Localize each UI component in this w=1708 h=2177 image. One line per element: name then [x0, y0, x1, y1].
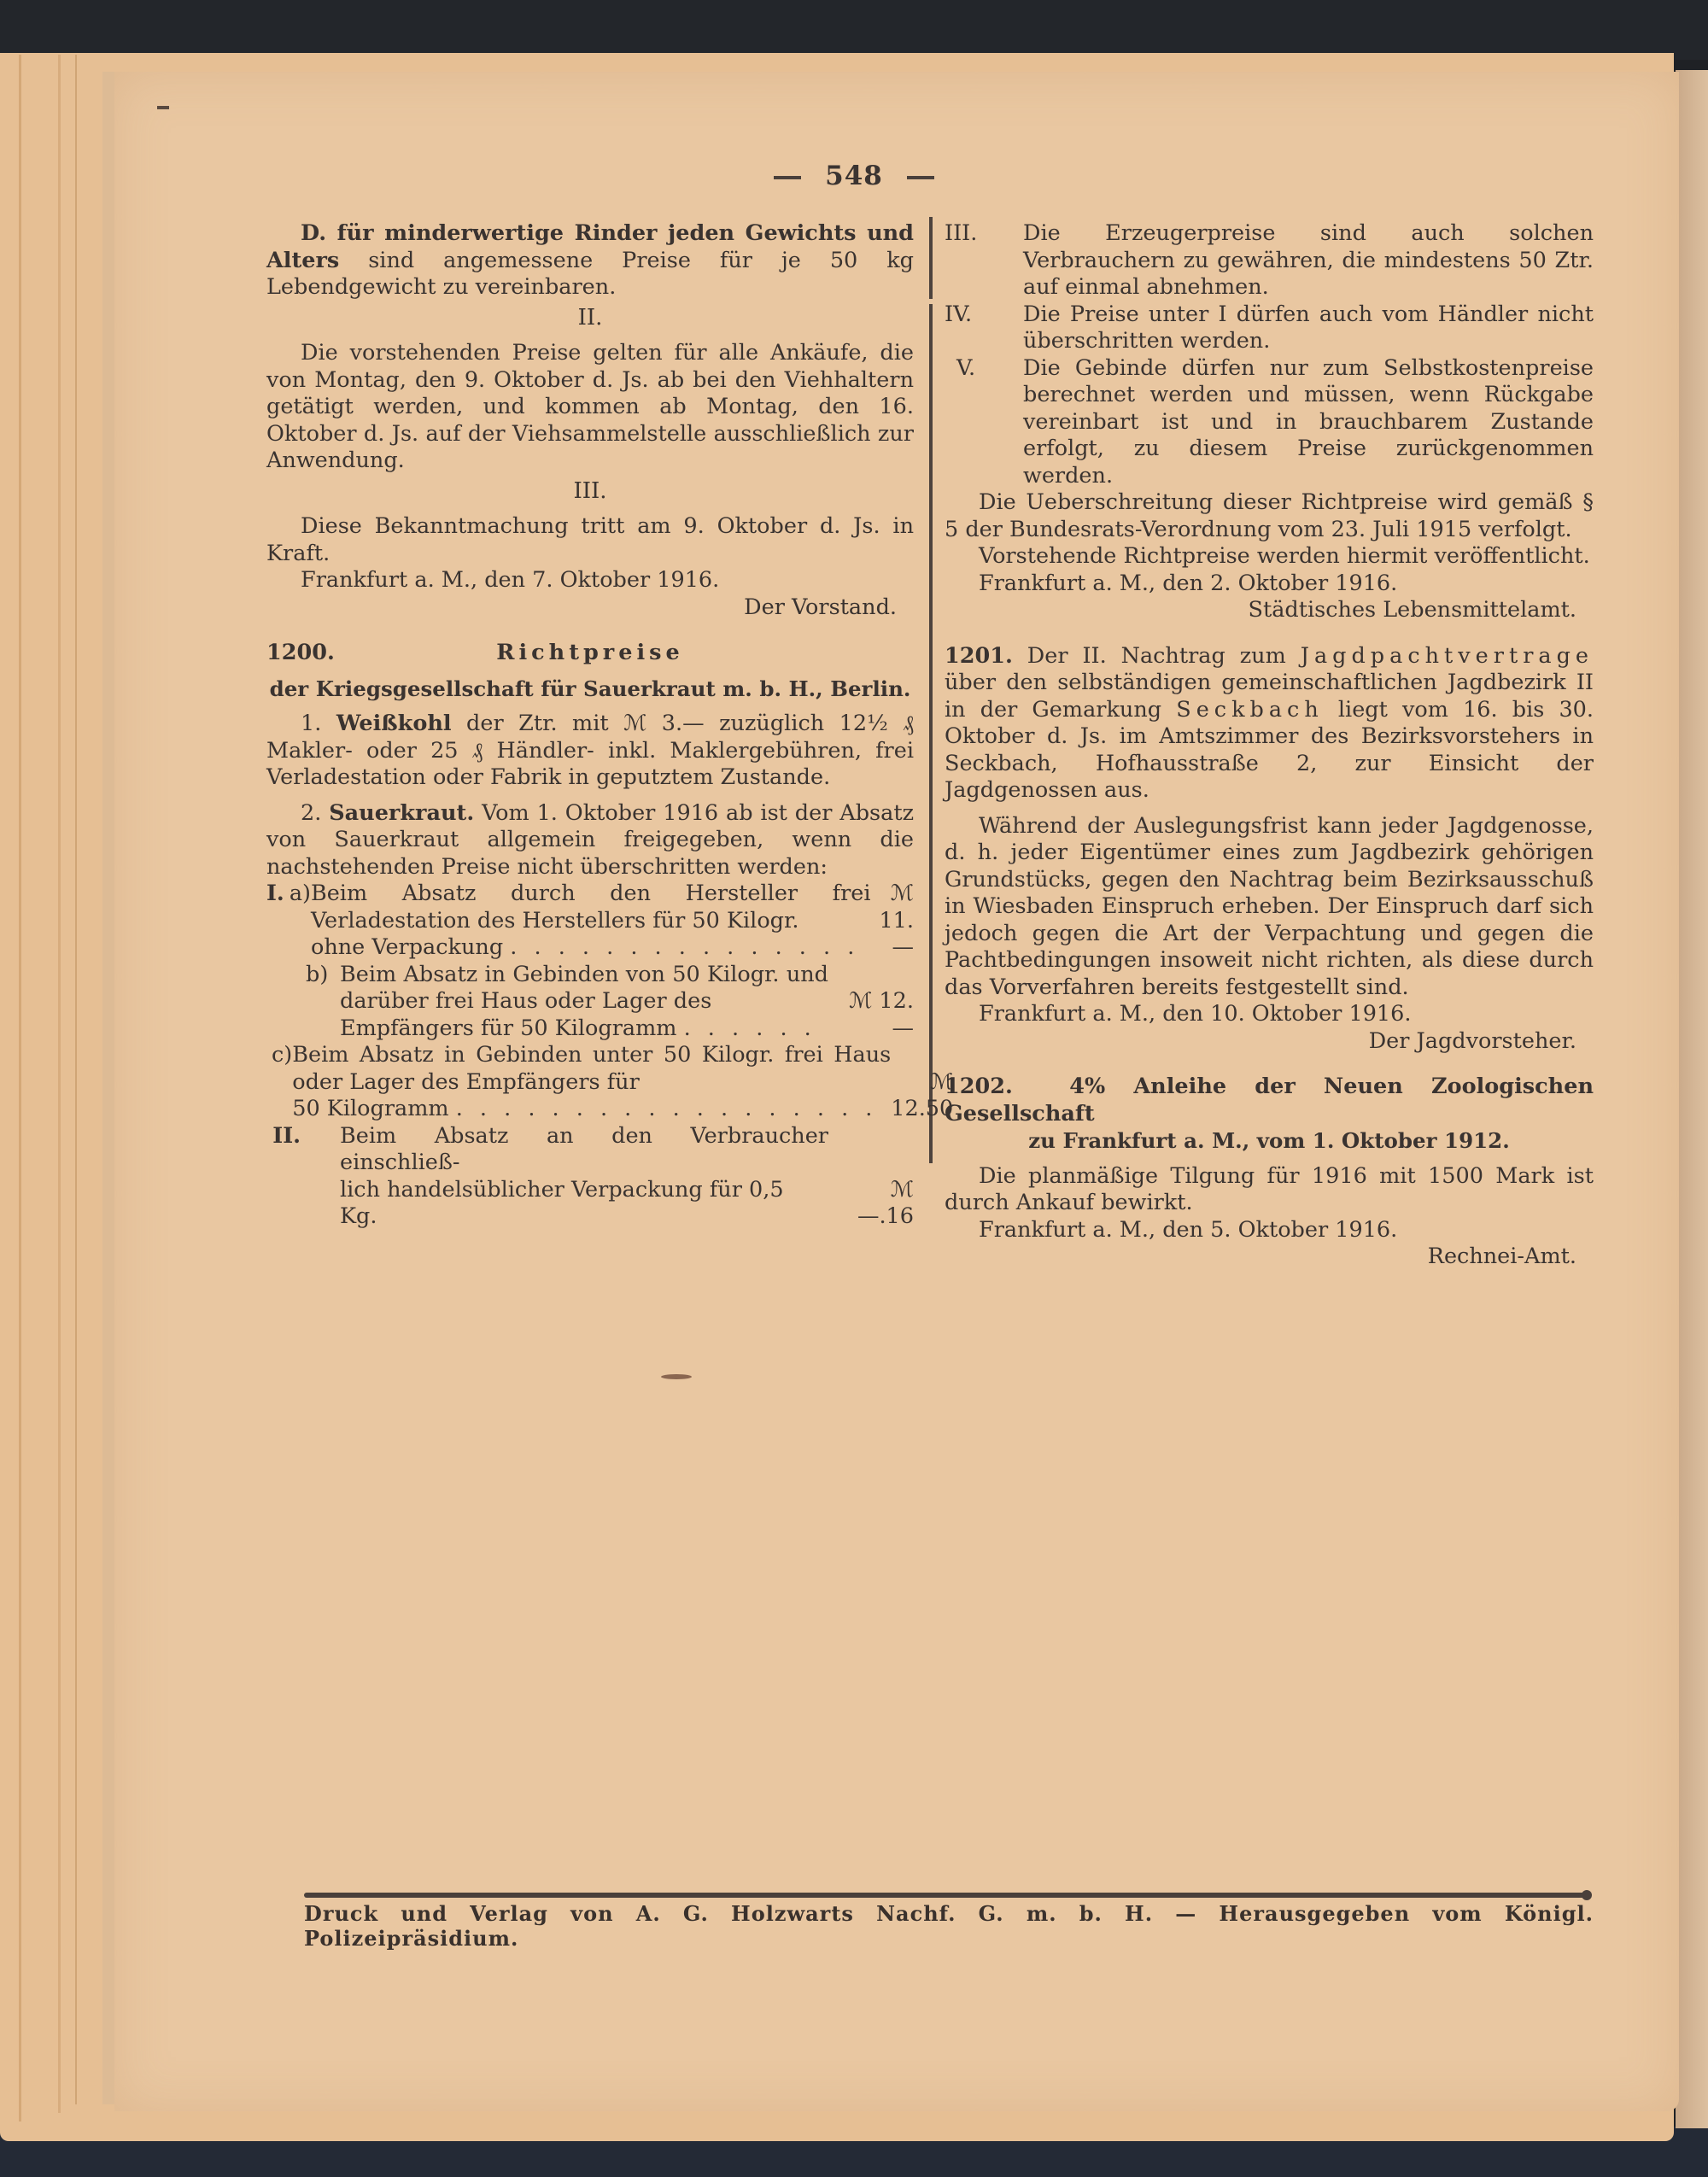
- right-column: III. Die Erzeugerpreise sind auch solche…: [945, 220, 1594, 1271]
- entry-1201-paragraph: 1201. Der II. Nachtrag zum Jagdpachtvert…: [945, 643, 1594, 805]
- price-letter: c): [272, 1042, 292, 1069]
- price-description: Beim Absatz in Gebinden von 50 Kilogr. u…: [340, 962, 828, 1015]
- paragraph-keyword: Weißkohl: [336, 711, 452, 736]
- item-d-text: sind angemessene Preise für je 50 kg Leb…: [266, 248, 914, 301]
- signature: Städtisches Lebensmittelamt.: [945, 597, 1594, 624]
- price-description-end: lich handelsüblicher Verpackung für 0,5 …: [340, 1177, 822, 1231]
- price-roman: II.: [266, 1123, 306, 1150]
- page-stack-edge: [102, 72, 114, 2104]
- section-heading-iii: III.: [266, 478, 914, 506]
- sauerkraut-paragraph: 2. Sauerkraut. Vom 1. Oktober 1916 ab is…: [266, 800, 914, 881]
- entry-emphasis: Seckbach: [1176, 697, 1324, 723]
- entry-number: 1201.: [945, 643, 1013, 669]
- list-text: Die Preise unter I dürfen auch vom Händl…: [1023, 301, 1594, 355]
- list-text: Die Erzeugerpreise sind auch solchen Ver…: [1023, 220, 1594, 301]
- footer-rule: [304, 1893, 1585, 1898]
- price-list: I. a) Beim Absatz durch den Hersteller f…: [266, 881, 914, 1231]
- entry-text: Die planmäßige Tilgung für 1916 mit 1500…: [945, 1163, 1594, 1217]
- price-letter: a): [290, 881, 311, 908]
- footer-imprint: Druck und Verlag von A. G. Holzwarts Nac…: [304, 1901, 1594, 1951]
- page-stack-edge: [75, 55, 77, 2104]
- section-iii-text: Diese Bekanntmachung tritt am 9. Oktober…: [266, 513, 914, 567]
- list-item: IV. Die Preise unter I dürfen auch vom H…: [945, 301, 1594, 355]
- list-text: Die Gebinde dürfen nur zum Selbstkostenp…: [1023, 355, 1594, 490]
- publish-notice: Vorstehende Richtpreise werden hiermit v…: [945, 543, 1594, 571]
- price-letter: b): [306, 962, 340, 989]
- price-item: c) Beim Absatz in Gebinden unter 50 Kilo…: [266, 1042, 914, 1123]
- dash-left: [774, 176, 801, 179]
- entry-title-line2: zu Frankfurt a. M., vom 1. Oktober 1912.: [945, 1127, 1594, 1155]
- entry-text: Der II. Nachtrag zum: [1027, 643, 1286, 669]
- price-amount: ℳ 12.—: [828, 988, 914, 1042]
- scan-background-top: [0, 0, 1708, 60]
- left-column: D. für minderwertige Rinder jeden Gewich…: [266, 220, 914, 1231]
- price-description: Beim Absatz in Gebinden unter 50 Kilogr.…: [292, 1042, 891, 1096]
- footer-rule-end: [1582, 1890, 1592, 1900]
- price-description-end: Empfängers für 50 Kilogramm: [340, 1015, 676, 1043]
- signature: Rechnei-Amt.: [945, 1244, 1594, 1271]
- objection-paragraph: Während der Auslegungsfrist kann jeder J…: [945, 813, 1594, 1002]
- place-date: Frankfurt a. M., den 2. Oktober 1916.: [945, 571, 1594, 598]
- entry-title: Richtpreise: [360, 640, 914, 667]
- paper-speck: [157, 106, 169, 109]
- list-number: IV.: [945, 301, 1023, 355]
- column-divider: [929, 217, 933, 299]
- place-date: Frankfurt a. M., den 5. Oktober 1916.: [945, 1217, 1594, 1244]
- list-number: V.: [945, 355, 1023, 490]
- item-d-paragraph: D. für minderwertige Rinder jeden Gewich…: [266, 220, 914, 301]
- signature: Der Vorstand.: [266, 594, 914, 622]
- entry-title: 4% Anleihe der Neuen Zoologischen Gesell…: [945, 1074, 1594, 1127]
- price-description: Beim Absatz an den Verbraucher einschlie…: [340, 1123, 828, 1177]
- page-fold-right: [1676, 70, 1708, 2128]
- weisskohl-paragraph: 1. Weißkohl der Ztr. mit ℳ 3.— zuzüglich…: [266, 711, 914, 792]
- price-roman: I.: [266, 881, 290, 908]
- entry-emphasis: Jagdpachtvertrage: [1301, 643, 1594, 669]
- page-stack-edge: [19, 55, 21, 2121]
- page-stack-edge: [58, 55, 61, 2113]
- entry-subtitle: der Kriegsgesellschaft für Sauerkraut m.…: [266, 676, 914, 703]
- leader-dots: . . . . . . . . . . . . . . . . . . . .: [456, 1096, 892, 1123]
- price-item: I. a) Beim Absatz durch den Hersteller f…: [266, 881, 914, 962]
- price-item: II. Beim Absatz an den Verbraucher einsc…: [266, 1123, 914, 1231]
- price-description-end: 50 Kilogramm: [292, 1096, 448, 1123]
- leader-dots: . . . . . . . . . . . . . . . . . .: [510, 934, 870, 962]
- price-description-end: ohne Verpackung: [311, 934, 503, 962]
- paper-speck: [661, 1374, 692, 1379]
- place-date: Frankfurt a. M., den 10. Oktober 1916.: [945, 1001, 1594, 1028]
- leader-dots: . . . . . . . . . .: [684, 1015, 828, 1043]
- price-amount: ℳ 11.—: [871, 881, 914, 962]
- price-amount: ℳ —.16: [828, 1177, 914, 1231]
- penalty-notice: Die Ueberschreitung dieser Richtpreise w…: [945, 489, 1594, 543]
- page-number-header: 548: [0, 161, 1708, 191]
- place-date: Frankfurt a. M., den 7. Oktober 1916.: [266, 567, 914, 594]
- entry-1202-title: 1202. 4% Anleihe der Neuen Zoologischen …: [945, 1074, 1594, 1127]
- page-number: 548: [825, 161, 883, 191]
- section-ii-text: Die vorstehenden Preise gelten für alle …: [266, 340, 914, 475]
- dash-right: [907, 176, 934, 179]
- signature: Der Jagdvorsteher.: [945, 1028, 1594, 1056]
- paragraph-keyword: Sauerkraut.: [329, 800, 474, 826]
- list-item: III. Die Erzeugerpreise sind auch solche…: [945, 220, 1594, 301]
- entry-1200-heading: 1200. Richtpreise: [266, 640, 914, 667]
- section-heading-ii: II.: [266, 305, 914, 332]
- entry-number: 1200.: [266, 640, 360, 667]
- price-description: Beim Absatz durch den Hersteller frei Ve…: [311, 881, 871, 934]
- price-item: b) Beim Absatz in Gebinden von 50 Kilogr…: [266, 962, 914, 1043]
- paragraph-number: 1.: [301, 711, 321, 736]
- paragraph-number: 2.: [301, 800, 321, 826]
- list-item: V. Die Gebinde dürfen nur zum Selbstkost…: [945, 355, 1594, 490]
- column-divider: [929, 304, 933, 1163]
- list-number: III.: [945, 220, 1023, 301]
- entry-number: 1202.: [945, 1074, 1013, 1099]
